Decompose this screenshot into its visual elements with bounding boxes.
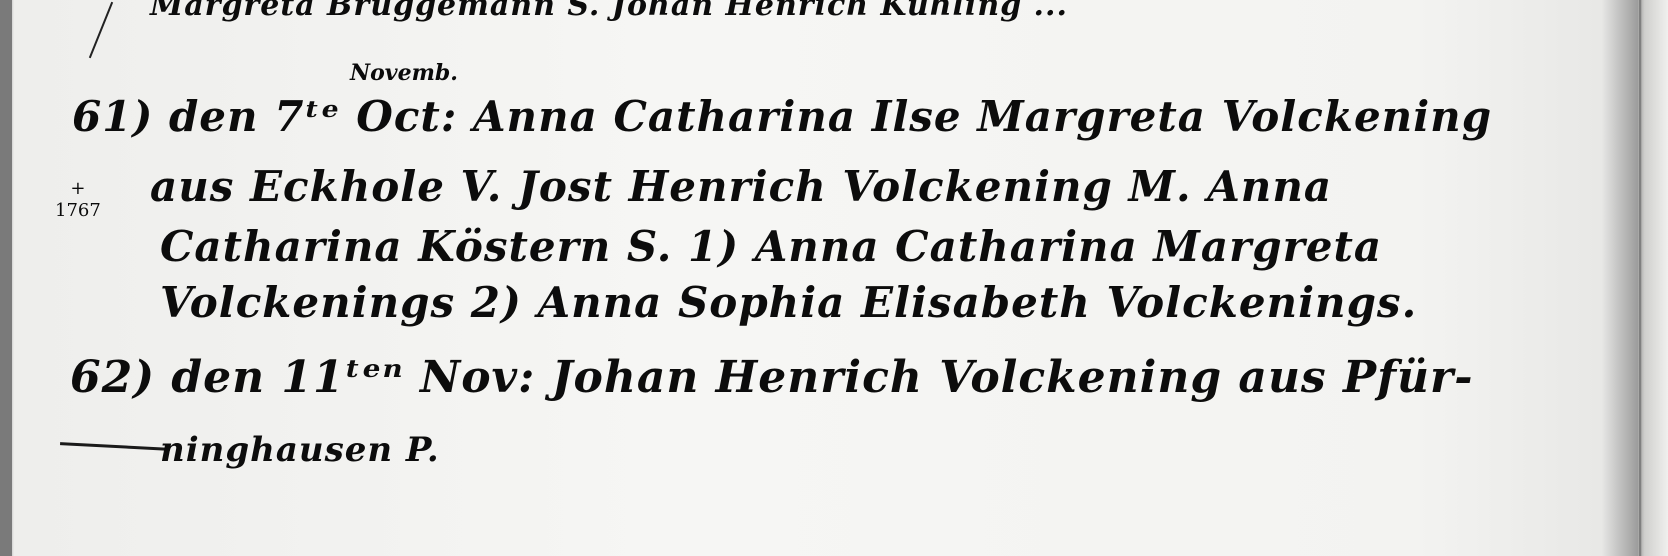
page-binding-edge	[0, 0, 12, 556]
correction-note: Novemb.	[350, 60, 458, 86]
pen-stroke	[89, 2, 113, 58]
register-line-entry-61: 61) den 7ᵗᵉ Oct: Anna Catharina Ilse Mar…	[72, 92, 1492, 141]
cross-symbol: +	[55, 178, 101, 200]
register-line-0: Margreta Brüggemann S. Johan Henrich Küh…	[150, 0, 1068, 23]
register-line-entry-62: 62) den 11ᵗᵉⁿ Nov: Johan Henrich Volcken…	[70, 352, 1473, 403]
margin-death-note: + 1767	[55, 178, 101, 222]
register-line-4: Volckenings 2) Anna Sophia Elisabeth Vol…	[160, 278, 1417, 327]
register-line-3: Catharina Köstern S. 1) Anna Catharina M…	[160, 222, 1382, 271]
page-fold-line	[1638, 0, 1642, 556]
margin-year: 1767	[55, 200, 101, 222]
register-line-6: ninghausen P.	[160, 430, 440, 470]
entry-number-underline	[60, 442, 170, 451]
scanned-register-page: Margreta Brüggemann S. Johan Henrich Küh…	[0, 0, 1668, 556]
register-line-2: aus Eckhole V. Jost Henrich Volckening M…	[150, 162, 1332, 211]
